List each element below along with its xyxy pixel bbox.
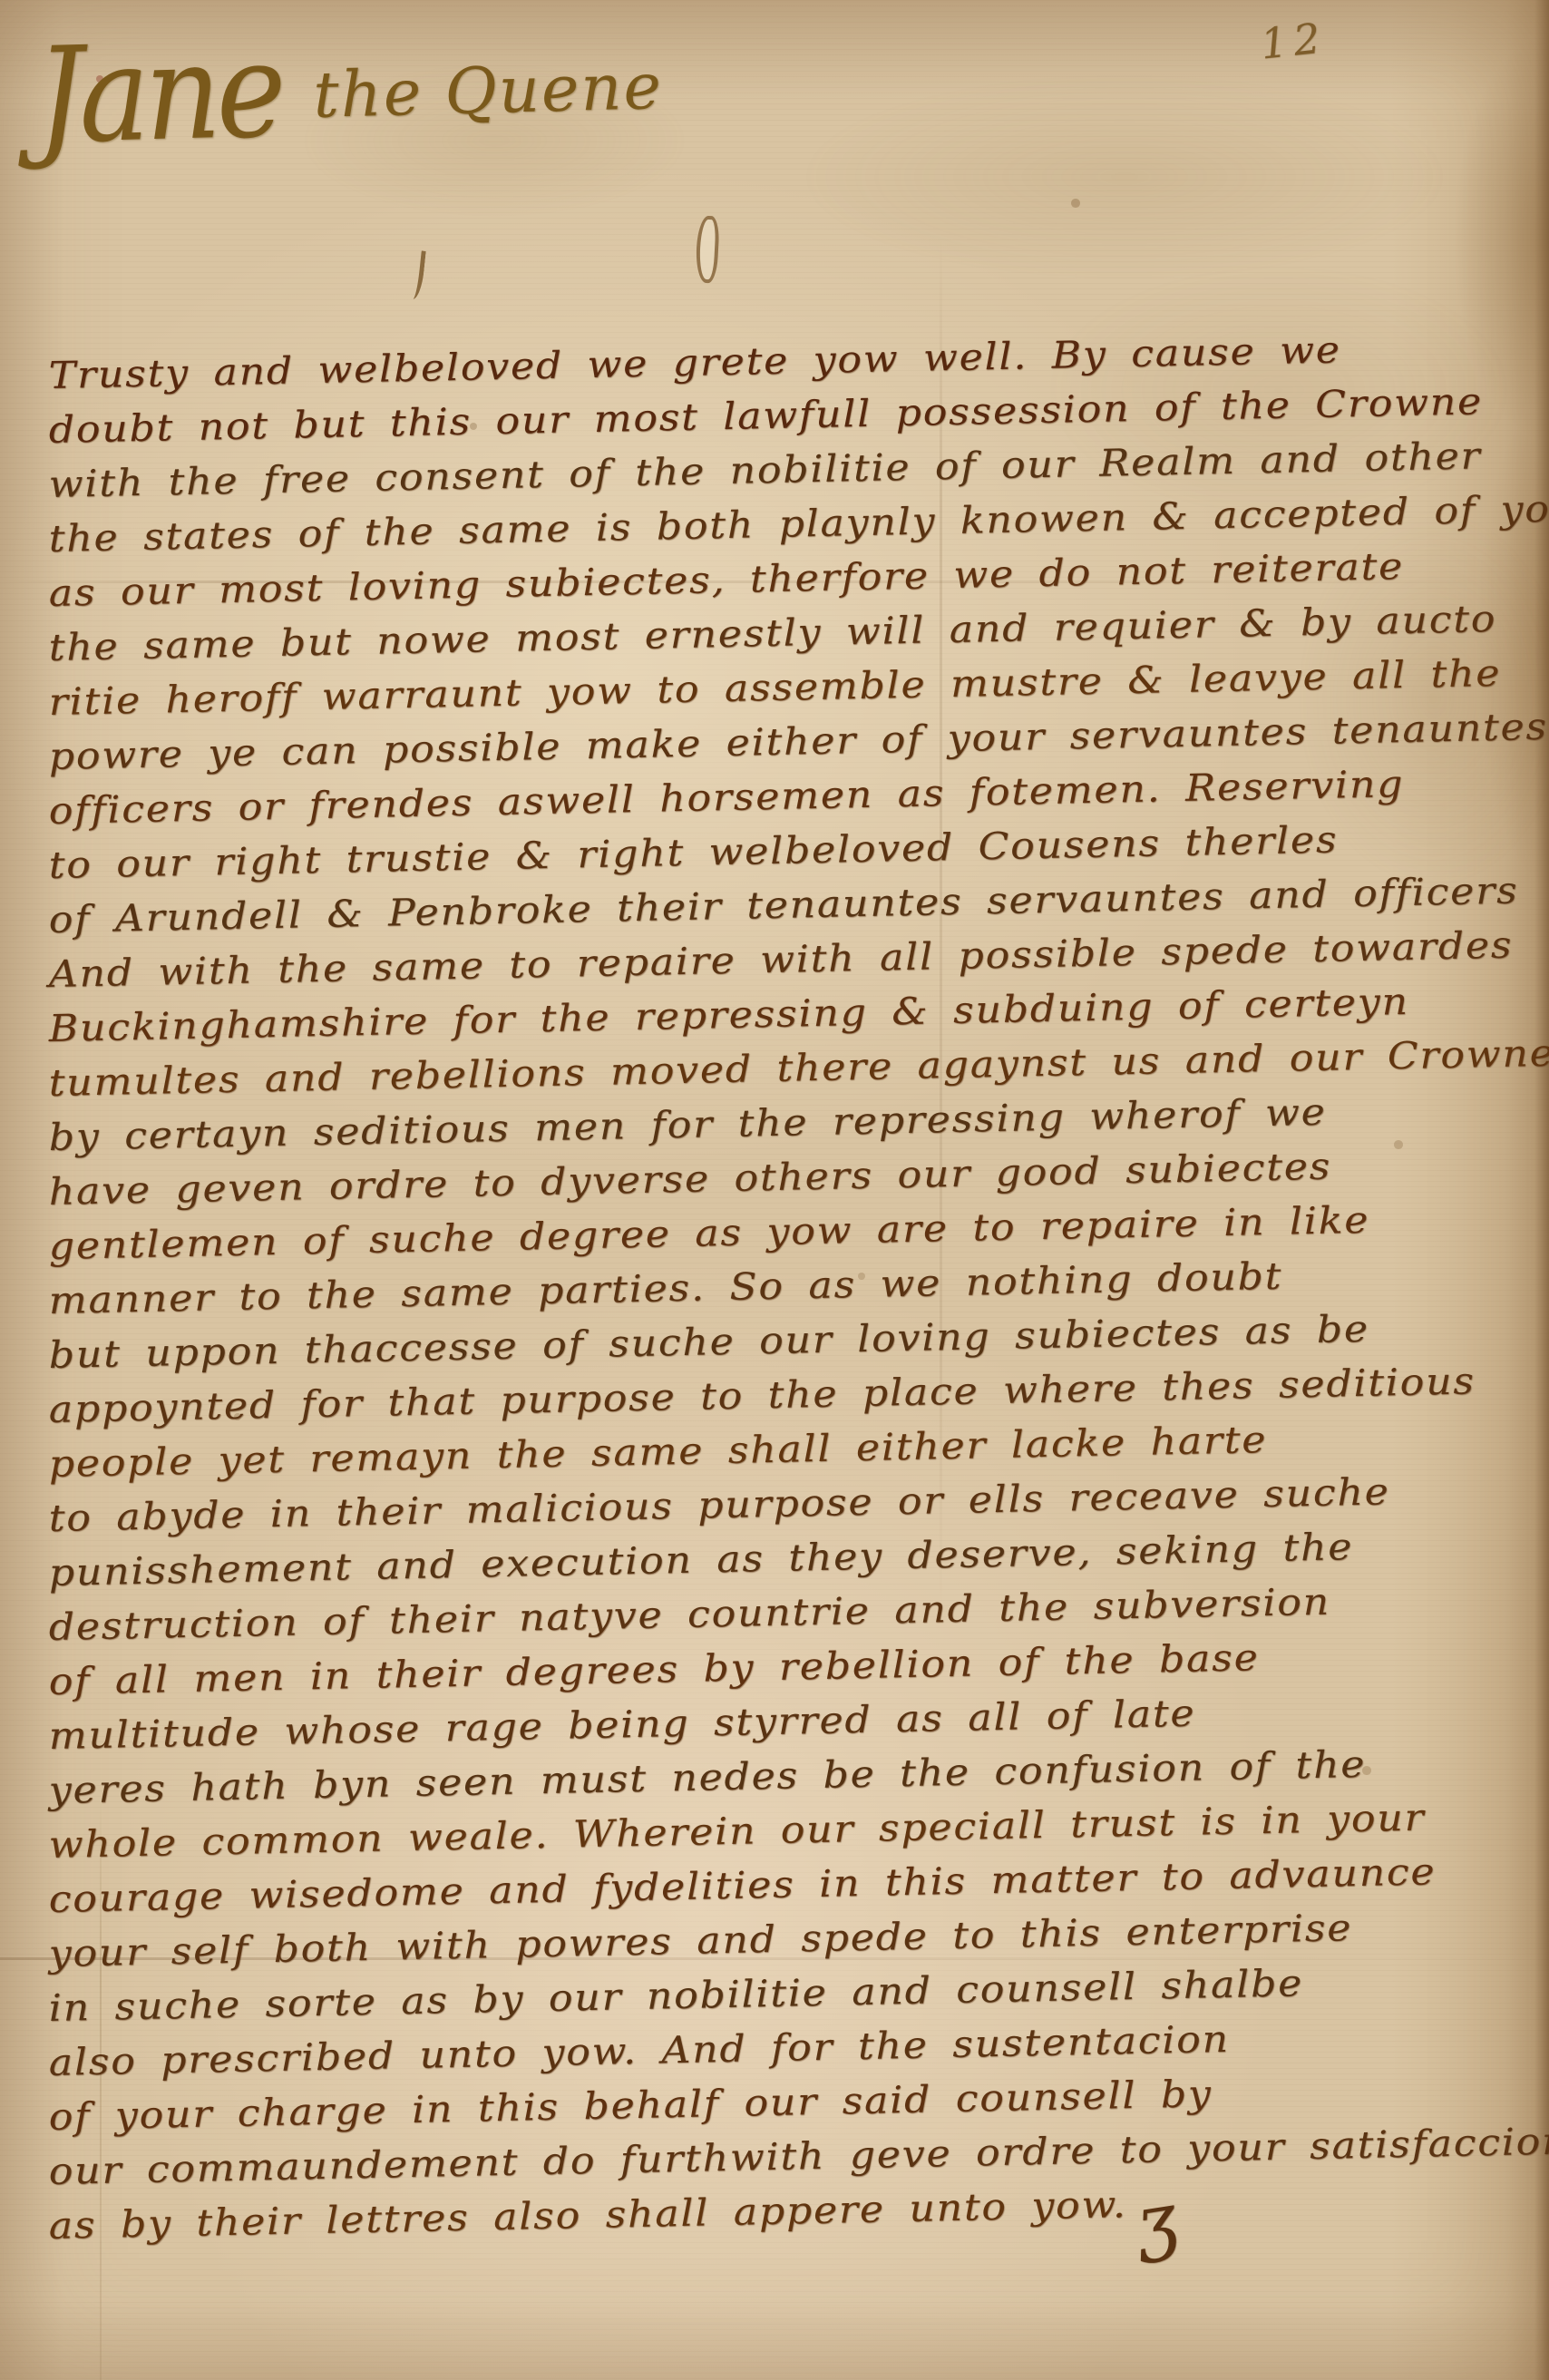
- signature-name: Jane: [34, 17, 283, 169]
- manuscript-page: 12 Jane the Quene Trusty and welbeloved …: [0, 0, 1549, 2380]
- ink-mark: [695, 215, 720, 283]
- royal-signature: Jane the Quene: [34, 15, 664, 161]
- signature-title: the Quene: [312, 49, 663, 132]
- ink-mark: [407, 249, 426, 299]
- show-through-stain: [798, 73, 1451, 281]
- letter-body: Trusty and welbeloved we grete yow well.…: [49, 354, 1509, 2258]
- folio-number: 12: [1258, 13, 1329, 68]
